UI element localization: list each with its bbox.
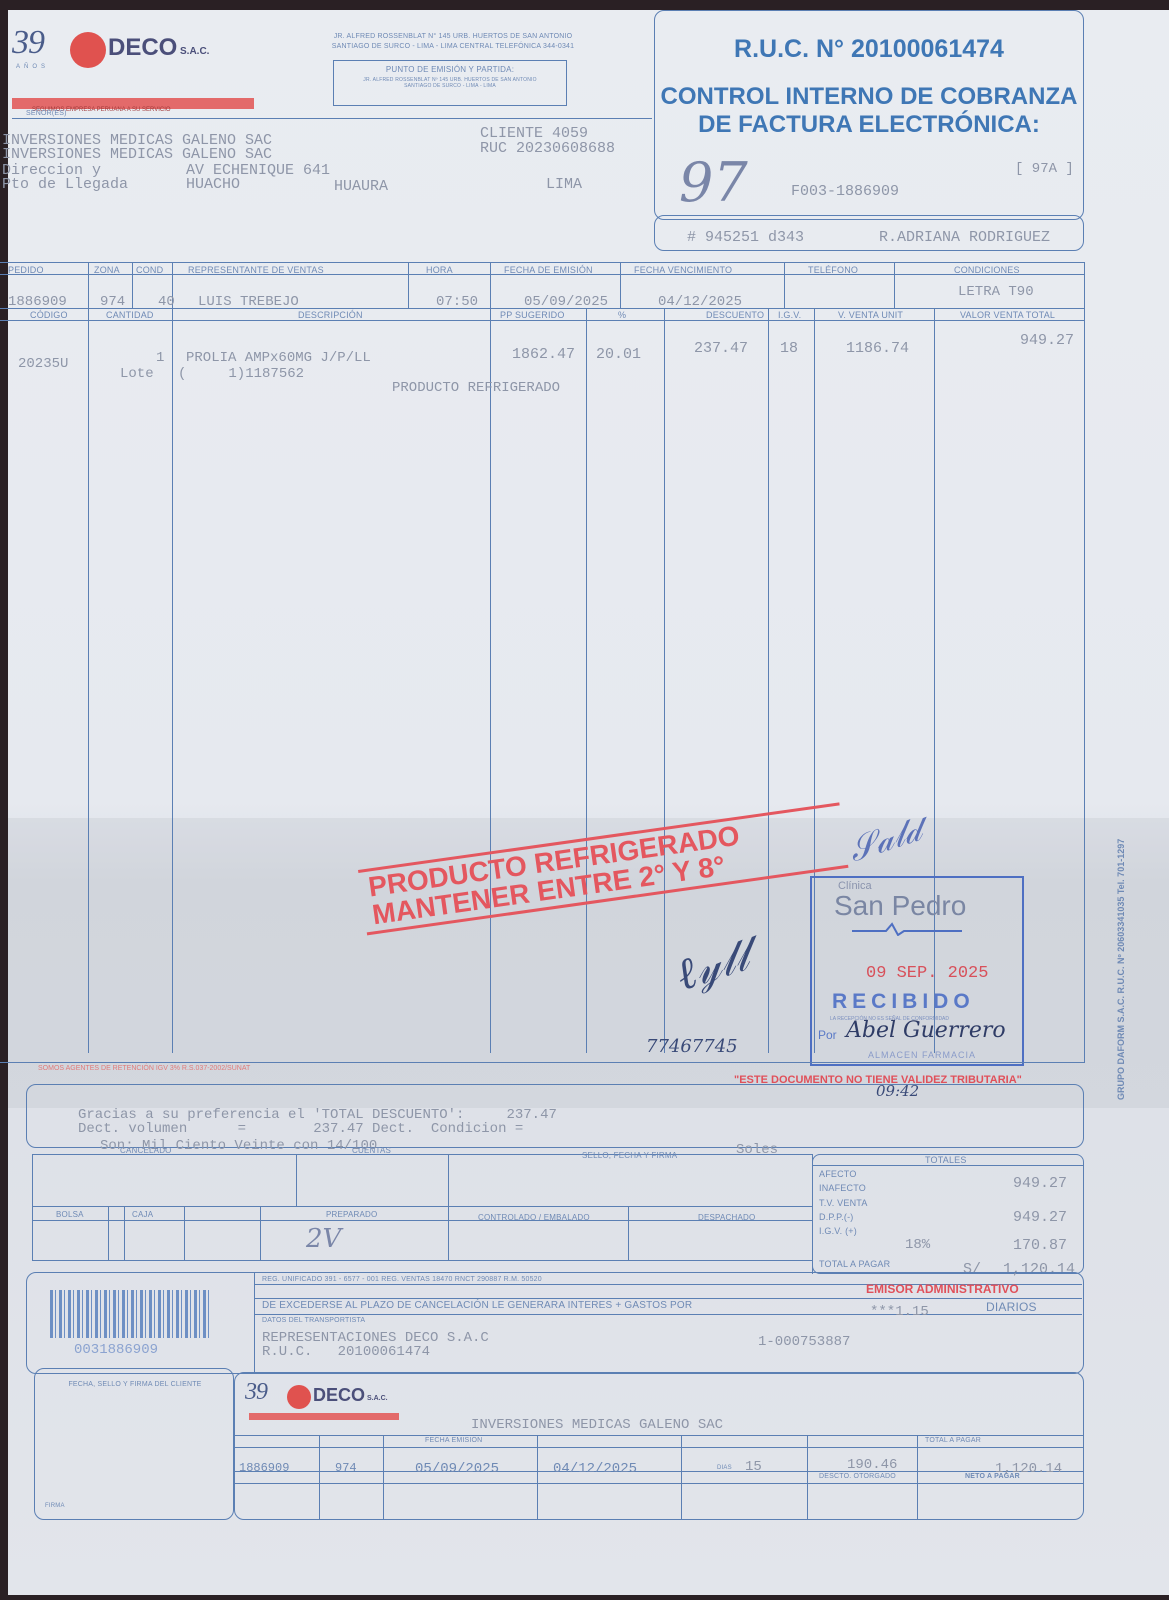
handwritten-number: 97 [679,151,748,214]
clinic-received-stamp: Clínica San Pedro 09 SEP. 2025 RECIBIDO … [810,876,1024,1066]
stub-total-label: TOTAL A PAGAR [925,1437,981,1444]
ruc-title-2: DE FACTURA ELECTRÓNICA: [655,111,1083,139]
logo-suffix: S.A.C. [180,46,209,57]
heartbeat-icon [852,922,962,936]
col-telefono: TELÉFONO [808,265,858,275]
customer-province: HUAURA [334,178,388,195]
invoice-document: 39 AÑOS DECO S.A.C. SEGUIMOS EMPRESA PER… [8,10,1169,1595]
firma-label: FIRMA [45,1503,65,1509]
label-inafecto: INAFECTO [819,1183,866,1193]
total-afecto: 949.27 [1013,1175,1067,1192]
logo-years-sub: AÑOS [16,64,49,70]
transport-ruc: R.U.C. 20100061474 [262,1344,430,1360]
val-hora: 07:50 [436,294,478,310]
label-despachado: DESPACHADO [698,1213,755,1222]
item-codigo: 20235U [18,356,68,372]
label-tv-venta: T.V. VENTA [819,1198,868,1208]
issuer-label: EMISOR ADMINISTRATIVO [866,1282,1019,1296]
val-representante: LUIS TREBEJO [198,294,299,310]
item-valor-venta-total: 949.27 [1020,332,1074,349]
col-descuento: DESCUENTO [706,310,764,320]
col-igv: I.G.V. [778,310,801,320]
item-descuento: 237.47 [694,340,748,357]
drop-icon [70,32,106,68]
label-bolsa: BOLSA [56,1210,84,1219]
ruc-box: R.U.C. N° 20100061474 CONTROL INTERNO DE… [654,10,1084,220]
transport-label: DATOS DEL TRANSPORTISTA [262,1317,365,1324]
received-label: RECIBIDO [832,990,975,1014]
company-address: JR. ALFRED ROSSENBLAT N° 145 URB. HUERTO… [303,32,603,52]
col-descripcion: DESCRIPCIÓN [298,310,363,320]
logo-name: DECO [108,34,177,62]
received-date: 09 SEP. 2025 [866,964,988,983]
label-preparado: PREPARADO [326,1210,377,1219]
col-zona: ZONA [94,265,120,275]
late-fee-amount: ***1.15 [870,1304,929,1320]
totals-box: TOTALES AFECTO INAFECTO T.V. VENTA D.P.P… [812,1154,1084,1274]
label-dpp: D.P.P.(-) [819,1212,853,1222]
item-descripcion: PROLIA AMPx60MG J/P/LL [186,350,371,366]
order-ref: # 945251 d343 [687,229,804,246]
barcode-icon [50,1290,210,1338]
item-v-venta-unit: 1186.74 [846,340,909,357]
receipt-stub-box: 39 DECO S.A.C. INVERSIONES MEDICAS GALEN… [234,1372,1084,1520]
col-hora: HORA [426,265,453,275]
col-v-venta-unit: V. VENTA UNIT [838,310,903,320]
stub-zona: 974 [335,1461,357,1475]
stub-drop-icon [287,1385,311,1409]
col-condiciones: CONDICIONES [954,265,1020,275]
label-igv: I.G.V. (+) [819,1226,857,1236]
val-pedido: 1886909 [8,294,67,310]
tagline-bar: SEGUIMOS EMPRESA PERUANA A SU SERVICIO [12,98,254,109]
val-condiciones: LETRA T90 [958,284,1034,300]
handwritten-id: 77467745 [646,1036,738,1057]
thanks-line-2: Dect. volumen = 237.47 Dect. Condicion = [78,1122,523,1136]
col-fecha-emision: FECHA DE EMISIÓN [504,265,593,275]
thanks-line-1: Gracias a su preferencia el 'TOTAL DESCU… [78,1108,557,1122]
stub-logo-years: 39 [245,1379,267,1406]
department: ALMACEN FARMACIA [868,1050,976,1060]
customer-name-2: INVERSIONES MEDICAS GALENO SAC [2,148,272,162]
client-ruc: RUC 20230608688 [480,141,615,156]
address-label-2: Pto de Llegada [2,178,128,192]
col-representante: REPRESENTANTE DE VENTAS [188,265,324,275]
stub-descto-label: DESCTO. OTORGADO [819,1473,896,1480]
clinic-name: San Pedro [834,890,966,922]
label-afecto: AFECTO [819,1169,857,1179]
item-lote: ( 1)1187562 [178,366,304,382]
item-pp-sugerido: 1862.47 [512,346,575,363]
client-sign-label: FECHA, SELLO Y FIRMA DEL CLIENTE [55,1381,215,1388]
label-cancelado: CANCELADO [120,1146,172,1155]
total-tv-venta: 949.27 [1013,1209,1067,1226]
col-porcentaje: % [618,310,626,320]
stub-fecha-emision-label: FECHA EMISIÓN [425,1437,482,1444]
total-igv: 170.87 [1013,1237,1067,1254]
customer-label: SEÑOR(ES) [26,110,67,117]
stub-dias-label: DIAS [717,1465,732,1471]
stub-tagline-bar [249,1413,399,1420]
received-by: Abel Guerrero [846,1018,1006,1043]
col-cond: COND [136,265,163,275]
col-pp-sugerido: PP SUGERIDO [500,310,565,320]
stub-neto-label: NETO A PAGAR [965,1473,1020,1480]
stub-pedido: 1886909 [239,1461,289,1475]
totals-header: TOTALES [925,1155,967,1165]
code-bracket: [ 97A ] [1015,161,1074,177]
col-codigo: CÓDIGO [30,310,68,320]
ruc-title-1: CONTROL INTERNO DE COBRANZA [655,83,1083,111]
ruc-number: R.U.C. N° 20100061474 [655,35,1083,64]
contact-name: R.ADRIANA RODRIGUEZ [879,229,1050,246]
currency: Soles [736,1142,778,1158]
invoice-number: F003-1886909 [791,183,899,200]
stub-logo-suffix: S.A.C. [367,1395,388,1402]
customer-city: HUACHO [186,178,330,192]
col-pedido: PEDIDO [8,265,44,275]
stub-fecha-emision: 05/09/2025 [415,1461,499,1477]
customer-name-block: INVERSIONES MEDICAS GALENO SAC INVERSION… [2,134,272,162]
val-zona: 974 [100,294,125,310]
late-fee-text: DE EXCEDERSE AL PLAZO DE CANCELACIÓN LE … [262,1300,692,1311]
logo-years: 39 [12,24,44,62]
val-fecha-vencimiento: 04/12/2025 [658,294,742,310]
label-controlado: CONTROLADO / EMBALADO [478,1213,590,1222]
label-sello-fecha-firma: SELLO, FECHA Y FIRMA [582,1151,677,1160]
label-total-a-pagar: TOTAL A PAGAR [819,1259,890,1269]
handwritten-initials: 2V [306,1224,341,1254]
late-fee-period: DIARIOS [986,1300,1037,1314]
item-igv: 18 [780,340,798,357]
item-cantidad: 1 [156,350,164,366]
item-porcentaje: 20.01 [596,346,641,363]
client-sign-box: FECHA, SELLO Y FIRMA DEL CLIENTE FIRMA [34,1368,234,1520]
customer-region: LIMA [546,176,582,193]
client-code: CLIENTE 4059 [480,126,615,141]
igv-rate: 18% [905,1237,930,1253]
barcode-number: 0031886909 [74,1342,158,1358]
stub-fecha-vencimiento: 04/12/2025 [553,1461,637,1477]
emission-point-box: PUNTO DE EMISIÓN Y PARTIDA: JR. ALFRED R… [333,60,567,106]
retention-notice: SOMOS AGENTES DE RETENCIÓN IGV 3% R.S.03… [38,1065,250,1072]
transport-code: 1-000753887 [758,1334,850,1350]
stub-logo-name: DECO [313,1385,365,1406]
label-cuenta: CUENTAS [352,1146,391,1155]
item-note: PRODUCTO REFRIGERADO [392,380,560,396]
received-by-label: Por [818,1028,837,1042]
stub-customer-name: INVERSIONES MEDICAS GALENO SAC [471,1417,723,1433]
col-valor-venta-total: VALOR VENTA TOTAL [960,310,1055,320]
stub-dias: 15 [745,1459,762,1475]
item-lote-label: Lote [120,366,154,382]
order-ref-box: # 945251 d343 R.ADRIANA RODRIGUEZ [654,215,1084,251]
val-fecha-emision: 05/09/2025 [524,294,608,310]
col-cantidad: CANTIDAD [106,310,154,320]
stub-descto: 190.46 [847,1457,897,1473]
col-fecha-vencimiento: FECHA VENCIMIENTO [634,265,732,275]
registry-info: REG. UNIFICADO 391 - 6577 - 001 REG. VEN… [262,1276,542,1283]
label-caja: CAJA [132,1210,153,1219]
printer-info: GRUPO DAFORM S.A.C. R.U.C. Nº 2060334103… [1116,839,1126,1100]
